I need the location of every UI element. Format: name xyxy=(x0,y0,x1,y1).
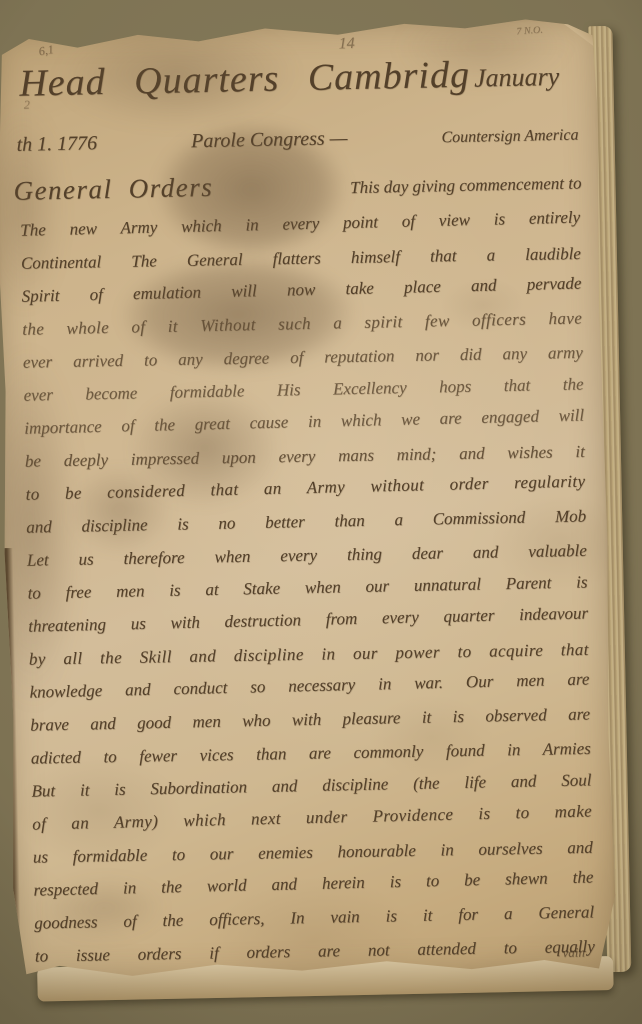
general-orders-intro: This day giving commencement to xyxy=(350,173,582,198)
header-place: Head Quarters Cambridg xyxy=(19,53,470,106)
header-line: Head Quarters Cambridg January xyxy=(19,51,580,106)
header-date: th 1. 1776 xyxy=(16,132,97,157)
parole-line: th 1. 1776 Parole Congress — Countersign… xyxy=(16,123,578,157)
parole-text: Parole Congress — xyxy=(191,127,348,153)
margin-annotation-top-left: 6,1 xyxy=(38,42,55,59)
general-orders-line: General Orders This day giving commencem… xyxy=(13,164,582,206)
general-orders-heading: General Orders xyxy=(13,172,213,207)
margin-annotation-top-right: 7 N.O. xyxy=(516,25,543,38)
header-month: January xyxy=(474,62,560,94)
manuscript-page: 14 6,1 2 7 N.O. Head Quarters Cambridg J… xyxy=(0,16,617,984)
manuscript-book: 14 6,1 2 7 N.O. Head Quarters Cambridg J… xyxy=(0,16,628,1006)
page-number: 14 xyxy=(338,35,354,53)
photo-background: 14 6,1 2 7 N.O. Head Quarters Cambridg J… xyxy=(0,0,642,1024)
countersign-text: Countersign America xyxy=(441,127,578,148)
binding-edge-left xyxy=(0,548,21,984)
catchword: vain xyxy=(562,945,585,961)
order-body-text: The new Army which in every point of vie… xyxy=(20,203,595,973)
